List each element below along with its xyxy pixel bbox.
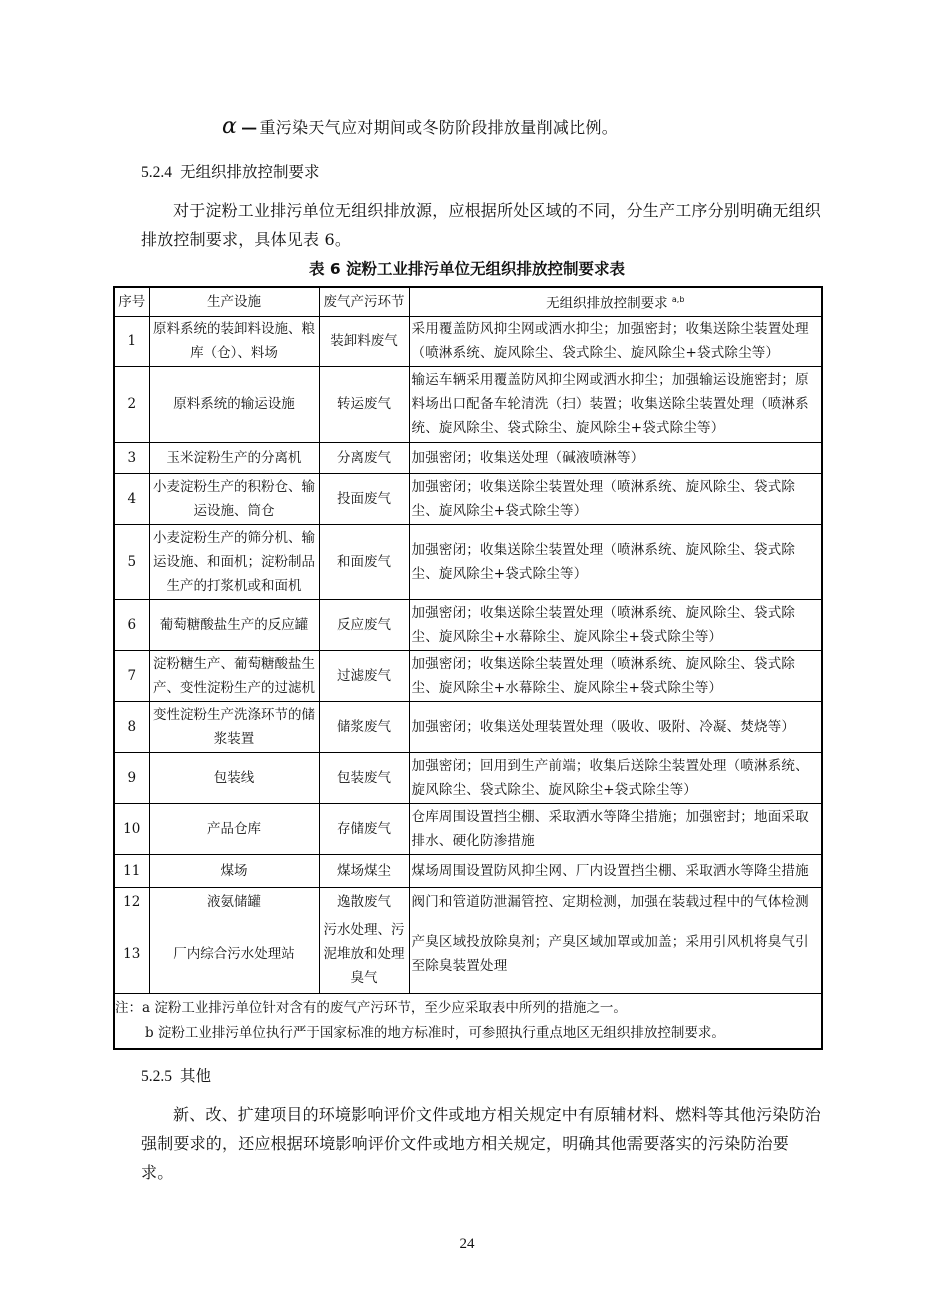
table-row: 13 厂内综合污水处理站 污水处理、污泥堆放和处理臭气 产臭区域投放除臭剂；产臭… <box>114 916 822 993</box>
cell-stage: 包装废气 <box>319 752 409 803</box>
cell-requirement: 加强密闭；回用到生产前端；收集后送除尘装置处理（喷淋系统、旋风除尘、袋式除尘、旋… <box>409 752 822 803</box>
cell-facility: 小麦淀粉生产的筛分机、输运设施、和面机；淀粉制品生产的打浆机或和面机 <box>149 524 319 599</box>
table-row: 8 变性淀粉生产洗涤环节的储浆装置 储浆废气 加强密闭；收集送处理装置处理（吸收… <box>114 701 822 752</box>
cell-requirement: 煤场周围设置防风抑尘网、厂内设置挡尘棚、采取洒水等降尘措施 <box>409 854 822 887</box>
cell-stage: 装卸料废气 <box>319 316 409 366</box>
table-notes-row: 注：a 淀粉工业排污单位针对含有的废气产污环节，至少应采取表中所列的措施之一。 … <box>114 993 822 1049</box>
table-row: 4 小麦淀粉生产的积粉仓、输运设施、筒仓 投面废气 加强密闭；收集送除尘装置处理… <box>114 473 822 524</box>
header-footnote-marker: a,b <box>672 295 685 304</box>
cell-facility: 淀粉糖生产、葡萄糖酸盐生产、变性淀粉生产的过滤机 <box>149 650 319 701</box>
section-number: 5.2.4 <box>141 164 172 181</box>
cell-stage: 反应废气 <box>319 599 409 650</box>
table-row: 1 原料系统的装卸料设施、粮库（仓）、料场 装卸料废气 采用覆盖防风抑尘网或洒水… <box>114 316 822 366</box>
section-title: 其他 <box>180 1067 211 1085</box>
alpha-text: 重污染天气应对期间或冬防阶段排放量削减比例。 <box>259 118 618 137</box>
table-row: 6 葡萄糖酸盐生产的反应罐 反应废气 加强密闭；收集送除尘装置处理（喷淋系统、旋… <box>114 599 822 650</box>
cell-requirement: 输运车辆采用覆盖防风抑尘网或洒水抑尘；加强输运设施密封；原料场出口配备车轮清洗（… <box>409 366 822 442</box>
cell-facility: 小麦淀粉生产的积粉仓、输运设施、筒仓 <box>149 473 319 524</box>
cell-no: 13 <box>114 916 149 993</box>
cell-facility: 厂内综合污水处理站 <box>149 916 319 993</box>
cell-stage: 和面废气 <box>319 524 409 599</box>
cell-requirement: 加强密闭；收集送除尘装置处理（喷淋系统、旋风除尘、袋式除尘、旋风除尘+袋式除尘等… <box>409 524 822 599</box>
header-no: 序号 <box>114 287 149 316</box>
table-row: 5 小麦淀粉生产的筛分机、输运设施、和面机；淀粉制品生产的打浆机或和面机 和面废… <box>114 524 822 599</box>
table-row: 12 液氨储罐 逸散废气 阀门和管道防泄漏管控、定期检测，加强在装载过程中的气体… <box>114 887 822 916</box>
header-requirement-label: 无组织排放控制要求 <box>546 296 668 312</box>
cell-requirement: 采用覆盖防风抑尘网或洒水抑尘；加强密封；收集送除尘装置处理（喷淋系统、旋风除尘、… <box>409 316 822 366</box>
note-a: 注：a 淀粉工业排污单位针对含有的废气产污环节，至少应采取表中所列的措施之一。 <box>115 996 821 1021</box>
cell-requirement: 加强密闭；收集送除尘装置处理（喷淋系统、旋风除尘、袋式除尘、旋风除尘+水幕除尘、… <box>409 599 822 650</box>
cell-no: 1 <box>114 316 149 366</box>
cell-no: 4 <box>114 473 149 524</box>
alpha-definition: α—重污染天气应对期间或冬防阶段排放量削减比例。 <box>222 114 618 139</box>
cell-facility: 变性淀粉生产洗涤环节的储浆装置 <box>149 701 319 752</box>
section-524-paragraph: 对于淀粉工业排污单位无组织排放源，应根据所处区域的不同，分生产工序分别明确无组织… <box>141 196 821 254</box>
note-b: b 淀粉工业排污单位执行严于国家标准的地方标准时，可参照执行重点地区无组织排放控… <box>115 1021 821 1046</box>
cell-no: 12 <box>114 887 149 916</box>
cell-requirement: 加强密闭；收集送处理装置处理（吸收、吸附、冷凝、焚烧等） <box>409 701 822 752</box>
cell-facility: 玉米淀粉生产的分离机 <box>149 442 319 473</box>
cell-facility: 原料系统的输运设施 <box>149 366 319 442</box>
cell-no: 8 <box>114 701 149 752</box>
cell-no: 6 <box>114 599 149 650</box>
cell-no: 10 <box>114 803 149 854</box>
cell-facility: 液氨储罐 <box>149 887 319 916</box>
table-row: 10 产品仓库 存储废气 仓库周围设置挡尘棚、采取洒水等降尘措施；加强密封；地面… <box>114 803 822 854</box>
cell-stage: 储浆废气 <box>319 701 409 752</box>
cell-facility: 产品仓库 <box>149 803 319 854</box>
cell-requirement: 加强密闭；收集送除尘装置处理（喷淋系统、旋风除尘、袋式除尘、旋风除尘+袋式除尘等… <box>409 473 822 524</box>
cell-no: 9 <box>114 752 149 803</box>
header-requirement: 无组织排放控制要求 a,b <box>409 287 822 316</box>
cell-requirement: 加强密闭；收集送除尘装置处理（喷淋系统、旋风除尘、袋式除尘、旋风除尘+水幕除尘、… <box>409 650 822 701</box>
cell-no: 11 <box>114 854 149 887</box>
emission-control-table: 序号 生产设施 废气产污环节 无组织排放控制要求 a,b 1 原料系统的装卸料设… <box>113 286 823 1050</box>
table-notes: 注：a 淀粉工业排污单位针对含有的废气产污环节，至少应采取表中所列的措施之一。 … <box>114 993 822 1049</box>
alpha-symbol: α <box>222 114 237 139</box>
cell-stage: 煤场煤尘 <box>319 854 409 887</box>
cell-facility: 原料系统的装卸料设施、粮库（仓）、料场 <box>149 316 319 366</box>
cell-requirement: 阀门和管道防泄漏管控、定期检测，加强在装载过程中的气体检测 <box>409 887 822 916</box>
section-525-heading: 5.2.5其他 <box>141 1064 211 1086</box>
cell-no: 3 <box>114 442 149 473</box>
table-row: 9 包装线 包装废气 加强密闭；回用到生产前端；收集后送除尘装置处理（喷淋系统、… <box>114 752 822 803</box>
table-row: 3 玉米淀粉生产的分离机 分离废气 加强密闭；收集送处理（碱液喷淋等） <box>114 442 822 473</box>
header-facility: 生产设施 <box>149 287 319 316</box>
cell-requirement: 加强密闭；收集送处理（碱液喷淋等） <box>409 442 822 473</box>
table-row: 11 煤场 煤场煤尘 煤场周围设置防风抑尘网、厂内设置挡尘棚、采取洒水等降尘措施 <box>114 854 822 887</box>
table-header-row: 序号 生产设施 废气产污环节 无组织排放控制要求 a,b <box>114 287 822 316</box>
cell-stage: 过滤废气 <box>319 650 409 701</box>
cell-facility: 葡萄糖酸盐生产的反应罐 <box>149 599 319 650</box>
cell-no: 7 <box>114 650 149 701</box>
table-row: 7 淀粉糖生产、葡萄糖酸盐生产、变性淀粉生产的过滤机 过滤废气 加强密闭；收集送… <box>114 650 822 701</box>
cell-stage: 分离废气 <box>319 442 409 473</box>
header-stage: 废气产污环节 <box>319 287 409 316</box>
section-524-heading: 5.2.4无组织排放控制要求 <box>141 160 320 182</box>
section-number: 5.2.5 <box>141 1068 172 1085</box>
cell-requirement: 仓库周围设置挡尘棚、采取洒水等降尘措施；加强密封；地面采取排水、硬化防渗措施 <box>409 803 822 854</box>
cell-stage: 投面废气 <box>319 473 409 524</box>
cell-stage: 污水处理、污泥堆放和处理臭气 <box>319 916 409 993</box>
cell-stage: 存储废气 <box>319 803 409 854</box>
table-row: 2 原料系统的输运设施 转运废气 输运车辆采用覆盖防风抑尘网或洒水抑尘；加强输运… <box>114 366 822 442</box>
section-title: 无组织排放控制要求 <box>180 163 320 181</box>
cell-facility: 煤场 <box>149 854 319 887</box>
cell-stage: 逸散废气 <box>319 887 409 916</box>
cell-stage: 转运废气 <box>319 366 409 442</box>
page-number: 24 <box>0 1236 934 1253</box>
section-525-paragraph: 新、改、扩建项目的环境影响评价文件或地方相关规定中有原辅材料、燃料等其他污染防治… <box>141 1100 821 1187</box>
cell-requirement: 产臭区域投放除臭剂；产臭区域加罩或加盖；采用引风机将臭气引至除臭装置处理 <box>409 916 822 993</box>
cell-no: 5 <box>114 524 149 599</box>
cell-facility: 包装线 <box>149 752 319 803</box>
table-caption: 表 6 淀粉工业排污单位无组织排放控制要求表 <box>0 257 934 279</box>
alpha-dash: — <box>241 118 257 137</box>
cell-no: 2 <box>114 366 149 442</box>
